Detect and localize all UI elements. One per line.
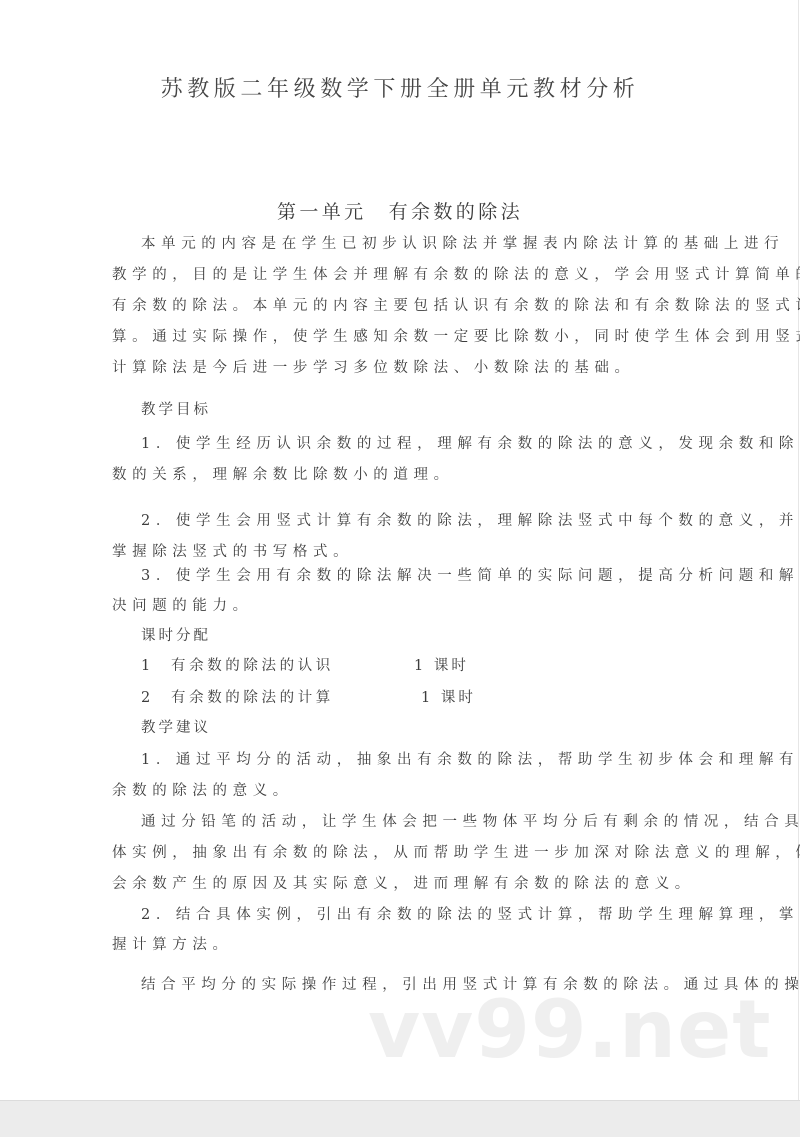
schedule-name: 有余数的除法的计算: [171, 688, 334, 708]
watermark: vv99.net: [368, 990, 771, 1070]
suggestion-line: 1．通过平均分的活动，抽象出有余数的除法，帮助学生初步体会和理解有: [141, 750, 799, 770]
suggestion-line: 余数的除法的意义。: [112, 781, 293, 801]
intro-line: 本单元的内容是在学生已初步认识除法并掌握表内除法计算的基础上进行: [141, 234, 784, 254]
objective-line: 1．使学生经历认识余数的过程，理解有余数的除法的意义，发现余数和除: [141, 434, 799, 454]
intro-line: 计算除法是今后进一步学习多位数除法、小数除法的基础。: [112, 358, 635, 378]
schedule-num: 2: [141, 688, 150, 708]
intro-line: 算。通过实际操作，使学生感知余数一定要比除数小，同时使学生体会到用竖式: [112, 327, 800, 347]
intro-line: 教学的，目的是让学生体会并理解有余数的除法的意义，学会用竖式计算简单的: [112, 265, 800, 285]
suggestion-line: 体实例，抽象出有余数的除法，从而帮助学生进一步加深对除法意义的理解，体: [112, 843, 800, 863]
document-title: 苏教版二年级数学下册全册单元教材分析: [0, 72, 800, 103]
schedule-name: 有余数的除法的认识: [171, 656, 334, 676]
page-bottom-bar: [0, 1100, 800, 1137]
schedule-heading: 课时分配: [141, 626, 211, 646]
unit-name: 有余数的除法: [389, 201, 523, 223]
objective-line: 2．使学生会用竖式计算有余数的除法，理解除法竖式中每个数的意义，并: [141, 511, 799, 531]
schedule-num: 1: [141, 656, 150, 676]
suggestion-line: 通过分铅笔的活动，让学生体会把一些物体平均分后有剩余的情况，结合具: [141, 812, 800, 832]
intro-line: 有余数的除法。本单元的内容主要包括认识有余数的除法和有余数除法的竖式计: [112, 296, 800, 316]
objective-line: 掌握除法竖式的书写格式。: [112, 542, 353, 562]
suggestion-line: 2．结合具体实例，引出有余数的除法的竖式计算，帮助学生理解算理，掌: [141, 905, 799, 925]
suggestion-line: 会余数产生的原因及其实际意义，进而理解有余数的除法的意义。: [112, 874, 695, 894]
schedule-hours: 1 课时: [421, 688, 476, 708]
document-page: 苏教版二年级数学下册全册单元教材分析 第一单元有余数的除法 本单元的内容是在学生…: [0, 0, 799, 1100]
objective-line: 决问题的能力。: [112, 596, 253, 616]
unit-title: 第一单元有余数的除法: [0, 197, 800, 224]
unit-number: 第一单元: [277, 201, 367, 223]
objectives-heading: 教学目标: [141, 400, 211, 420]
suggestion-line: 握计算方法。: [112, 935, 233, 955]
objective-line: 3．使学生会用有余数的除法解决一些简单的实际问题，提高分析问题和解: [141, 566, 799, 586]
suggestions-heading: 教学建议: [141, 718, 211, 738]
objective-line: 数的关系，理解余数比除数小的道理。: [112, 465, 454, 485]
schedule-hours: 1 课时: [414, 656, 469, 676]
